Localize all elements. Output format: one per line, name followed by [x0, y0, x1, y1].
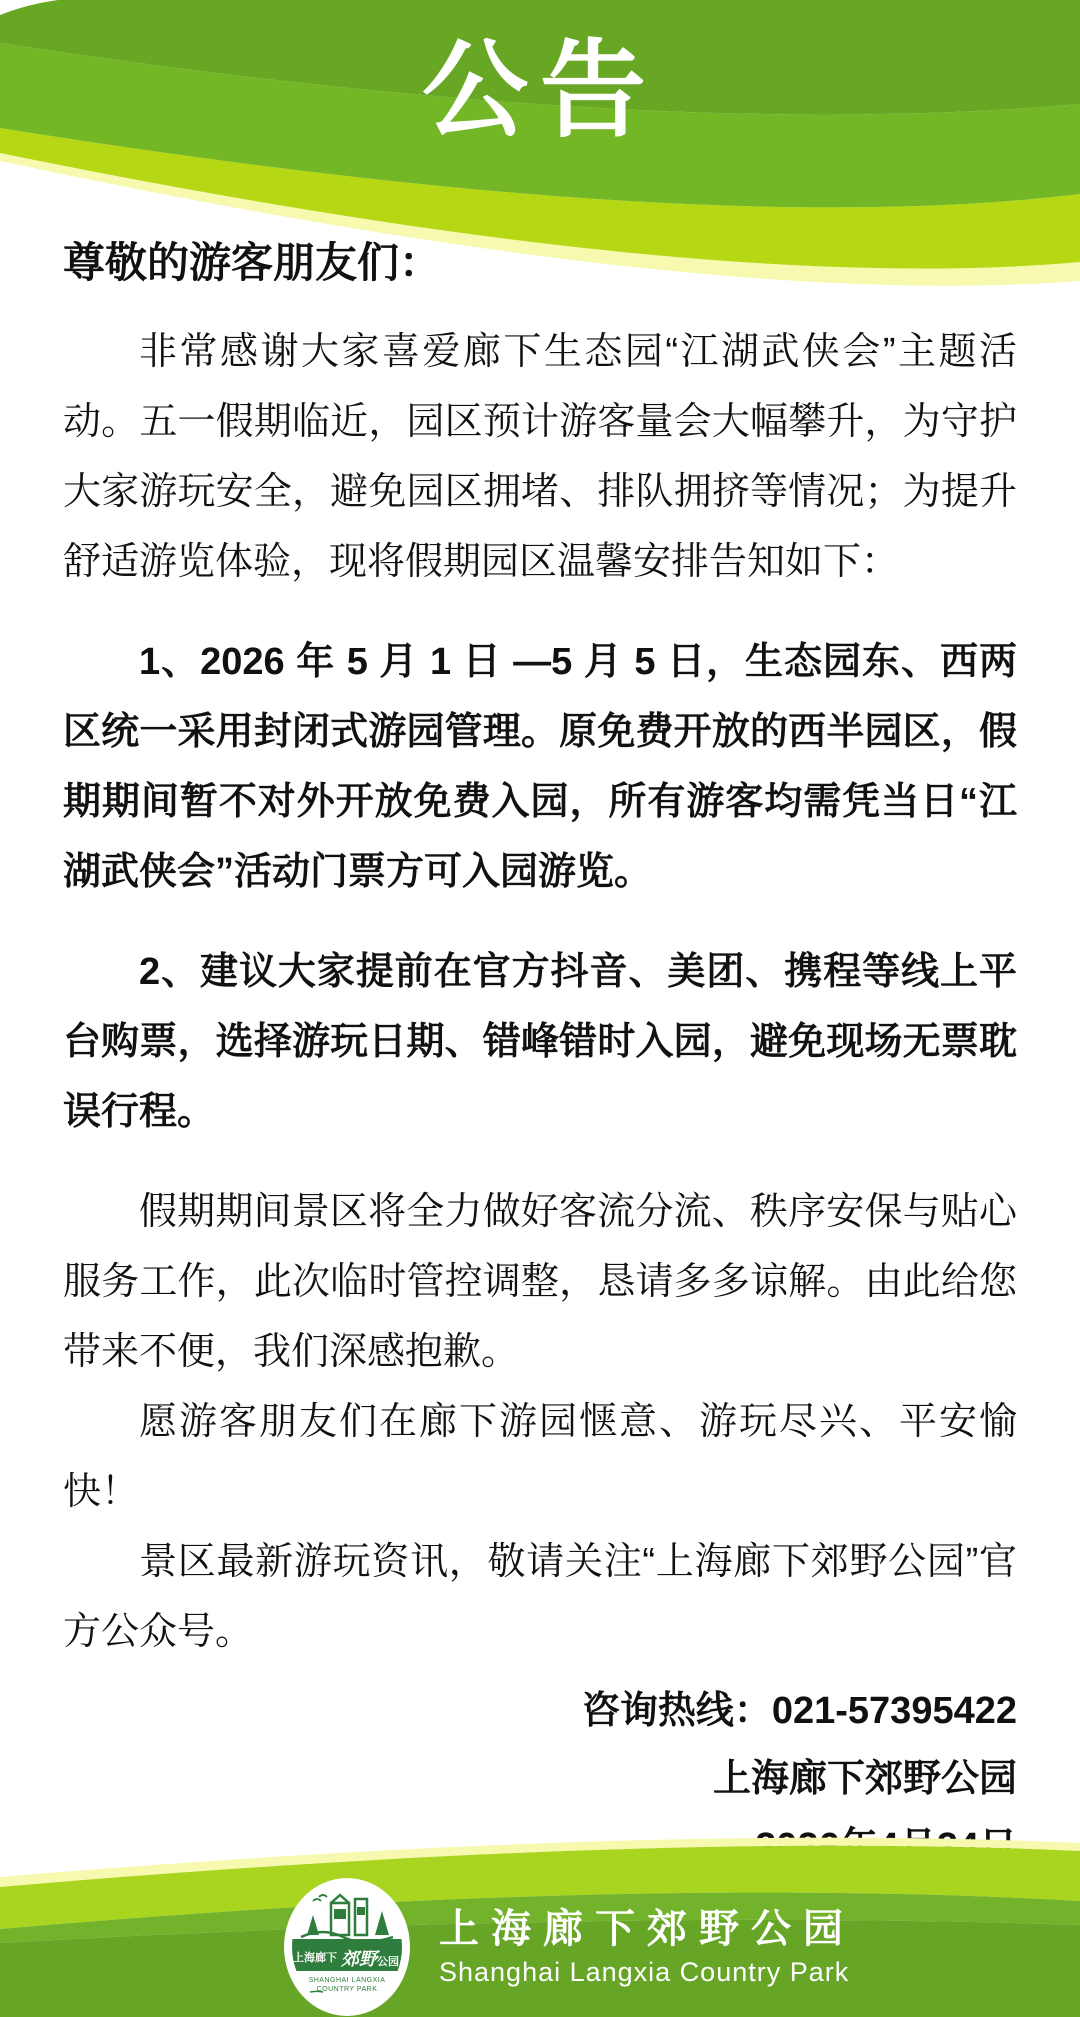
- logo-house-windows-icon: [334, 1909, 346, 1919]
- park-name-cn: 上海廊下郊野公园: [439, 1906, 855, 1952]
- park-name-block: 上海廊下郊野公园 Shanghai Langxia Country Park: [439, 1906, 855, 1988]
- park-name-en: Shanghai Langxia Country Park: [439, 1958, 855, 1988]
- logo-tower-window-icon: [357, 1907, 365, 1915]
- paragraph-rule-1: 1、2026 年 5 月 1 日 —5 月 5 日，生态园东、西两区统一采用封闭…: [63, 627, 1017, 907]
- paragraph-wishes: 愿游客朋友们在廊下游园惬意、游玩尽兴、平安愉快！: [63, 1387, 1017, 1527]
- announcement-poster: 公告 尊敬的游客朋友们： 非常感谢大家喜爱廊下生态园“江湖武侠会”主题活动。五一…: [0, 0, 1080, 2017]
- contact-signature: 上海廊下郊野公园: [63, 1745, 1017, 1813]
- paragraph-follow-account: 景区最新游玩资讯，敬请关注“上海廊下郊野公园”官方公众号。: [63, 1527, 1017, 1667]
- footer-brand: 上海廊下 郊野 公园 SHANGHAI LANGXIA COUNTRY PARK…: [283, 1877, 855, 2017]
- park-logo-icon: 上海廊下 郊野 公园 SHANGHAI LANGXIA COUNTRY PARK: [283, 1877, 411, 2017]
- logo-name-en-1: SHANGHAI LANGXIA: [309, 1977, 386, 1984]
- logo-name-cn-right: 公园: [377, 1954, 399, 1968]
- logo-name-en-2: COUNTRY PARK: [317, 1986, 378, 1993]
- contact-hotline: 咨询热线：021-57395422: [63, 1677, 1017, 1745]
- notice-body: 尊敬的游客朋友们： 非常感谢大家喜爱廊下生态园“江湖武侠会”主题活动。五一假期临…: [63, 236, 1017, 1881]
- paragraph-rule-2: 2、建议大家提前在官方抖音、美团、携程等线上平台购票，选择游玩日期、错峰错时入园…: [63, 937, 1017, 1147]
- page-title: 公告: [0, 34, 1080, 151]
- logo-name-cn-script: 郊野: [340, 1949, 380, 1969]
- paragraph-apology: 假期期间景区将全力做好客流分流、秩序安保与贴心服务工作，此次临时管控调整，恳请多…: [63, 1177, 1017, 1387]
- paragraph-intro: 非常感谢大家喜爱廊下生态园“江湖武侠会”主题活动。五一假期临近，园区预计游客量会…: [63, 317, 1017, 597]
- salutation: 尊敬的游客朋友们：: [63, 236, 1017, 291]
- logo-name-cn-left: 上海廊下: [293, 1950, 337, 1964]
